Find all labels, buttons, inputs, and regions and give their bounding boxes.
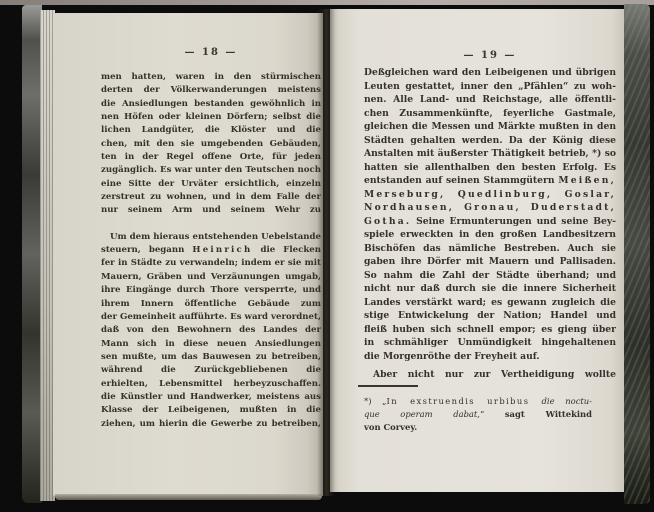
text-line: erhielten, Lebensmittel herbeyzuschaffen… [101,378,321,391]
text-segment: der Gemeinheit aufführte. Es ward verord… [101,312,321,322]
text-segment: Um dem hieraus entstehenden Uebelstande … [101,232,321,244]
text-segment: entstanden auf seinen Stammgütern [364,175,558,186]
text-segment: in schmähliger Unmündigkeit hingehaltene… [364,337,616,350]
text-segment: ten in der Regel offene Orte, für jeden … [101,152,321,164]
text-line: ihrem Innern öffentliche Gebäude zum Die… [101,298,321,311]
text-segment: Gotha. [364,216,411,227]
text-line: Um dem hieraus entstehenden Uebelstande … [101,231,321,244]
text-line: Anstalten mit äußerster Thätigkeit betri… [364,147,616,161]
text-segment: Merseburg, Quedlinburg, Goslar, [364,189,616,200]
text-segment: Aber nicht nur zur Vertheidigung wollte [373,369,616,380]
text-segment: ziehen, um hierin die Gewerbe zu betreib… [101,419,321,429]
text-segment: die Künstler und Handwerker, meistens au… [101,392,321,404]
text-line: sen mußte, um das Bauwesen zu betreiben, [101,351,321,364]
text-segment: zerstreut zu wohnen, und in dem Falle de… [101,192,321,204]
text-segment: spiele erweckten in den großen Landbesit… [364,229,616,242]
book-gutter-shadow [317,9,335,496]
text-segment: ihre Eingänge durch Thore versperrte, un… [101,285,321,297]
text-segment: Nordhausen, Gronau, Duderstadt, [364,202,616,213]
text-segment: Leuten gestattet, inner den „Pfählen“ zu… [364,81,616,92]
text-line: während die Zurückgebliebenen die Verbin… [101,364,321,377]
book-cover-left-edge [22,5,42,503]
text-line: ten in der Regel offene Orte, für jeden … [101,151,321,164]
text-line: Gotha. Seine Ermunterungen und seine Bey… [364,215,616,229]
text-line: Landes verstärkt ward; es gewann zugleic… [364,296,616,310]
paragraph: men hatten, waren in den stürmischen Jah… [101,71,321,218]
text-segment: gleichen die Messen und Märkte mußten in… [364,121,616,132]
text-segment: zugänglich. Es war unter den Teutschen n… [101,165,321,175]
text-segment: die Morgenröthe der Freyheit auf. [364,351,540,362]
text-line: Mann sich in diese neuen Ansiedlungen ni… [101,338,321,351]
text-segment: Heinrich [192,245,252,255]
text-line: Leuten gestattet, inner den „Pfählen“ zu… [364,80,616,94]
text-line: Klasse der Leibeigenen, mußten in die St… [101,404,321,417]
page-number-header-18: — 18 — [101,47,321,59]
text-line: Merseburg, Quedlinburg, Goslar, [364,188,616,202]
text-segment: que operam dabat, [364,409,480,419]
footnote: *) „In exstruendis urbibus die noctu-que… [364,385,592,434]
text-segment: sen mußte, um das Bauwesen zu betreiben, [101,352,321,362]
text-segment: chen Zusammenkünfte, feyerliche Gastmale… [364,108,616,121]
text-segment: Landes verstärkt ward; es gewann zugleic… [364,297,616,310]
paragraph: Um dem hieraus entstehenden Uebelstande … [101,231,321,431]
text-line: nen. Alle Land- und Reichstage, alle öff… [364,93,616,107]
text-segment: ihrem Innern öffentliche Gebäude zum Die… [101,299,321,311]
text-line: fer in Städte zu verwandeln; indem er si… [101,257,321,270]
text-line: nur seinem Arm und seinem Wehr zu vertra… [101,204,321,217]
text-segment: Seine Ermunterungen und seine Bey- [411,216,616,227]
text-segment: nen Höfen oder kleinen Dörfern; selbst d… [101,112,321,124]
text-segment: erhielten, Lebensmittel herbeyzuschaffen… [101,379,321,391]
text-segment: gaben ihre Dörfer mit Mauern und Pallisa… [364,256,616,267]
text-segment: lichen Landgüter, die Klöster und die St… [101,125,321,137]
text-line: zerstreut zu wohnen, und in dem Falle de… [101,191,321,204]
text-segment: nicht nur daß durch sie die innere Siche… [364,283,616,296]
text-line: von Corvey. [364,421,592,434]
text-line: ziehen, um hierin die Gewerbe zu betreib… [101,418,321,431]
text-line: spiele erweckten in den großen Landbesit… [364,228,616,242]
text-segment: So nahm die Zahl der Städte überhand; un… [364,270,616,281]
text-segment: chen, mit den sie umgebenden Gebäuden, b… [101,139,321,151]
left-page-bottom-edge [55,494,322,500]
text-line: So nahm die Zahl der Städte überhand; un… [364,269,616,283]
text-segment: Deßgleichen ward den Leibeigenen und übr… [364,67,616,78]
text-segment: “ [480,409,505,419]
text-line: men hatten, waren in den stürmischen Jah… [101,71,321,84]
text-segment: fer in Städte zu verwandeln; indem er si… [101,258,321,268]
text-segment: Meißen, [558,175,616,186]
text-segment: Mann sich in diese neuen Ansiedlungen ni… [101,339,321,351]
paragraph: Deßgleichen ward den Leibeigenen und übr… [364,66,616,363]
text-segment: Bischöfen das nämliche Bestreben. Auch s… [364,243,616,256]
text-line: derten der Völkerwanderungen meistens ve… [101,84,321,97]
text-line: eine Sitte der Urväter ersichtlich, einz… [101,178,321,191]
text-segment: Mauern, Gräben und Verzäunungen umgab, [101,272,321,282]
text-line: die Ansiedlungen bestanden gewöhnlich in… [101,98,321,111]
text-segment: steuern, begann [101,245,192,255]
text-segment: daß von den Bewohnern des Landes der neu… [101,325,321,337]
text-segment: während die Zurückgebliebenen die Verbin… [101,365,321,377]
text-line: daß von den Bewohnern des Landes der neu… [101,324,321,337]
text-segment: nen. Alle Land- und Reichstage, alle öff… [364,94,616,105]
text-line: ihre Eingänge durch Thore versperrte, un… [101,284,321,297]
text-segment: derten der Völkerwanderungen meistens ve… [101,85,321,97]
text-segment: hatten sie allenthalben den besten Erfol… [364,162,616,173]
text-line: *) „In exstruendis urbibus die noctu- [364,395,592,408]
text-segment: die Ansiedlungen bestanden gewöhnlich in… [101,99,321,111]
left-page-text-column: — 18 — men hatten, waren in den stürmisc… [101,47,321,431]
text-segment: von Corvey. [364,422,417,432]
text-line: in schmähliger Unmündigkeit hingehaltene… [364,336,616,350]
text-segment: Anstalten mit äußerster Thätigkeit betri… [364,148,616,159]
text-line: zugänglich. Es war unter den Teutschen n… [101,164,321,177]
text-line: Aber nicht nur zur Vertheidigung wollte [364,368,616,382]
footnote-rule [358,385,418,387]
text-line: hatten sie allenthalben den besten Erfol… [364,161,616,175]
book-cover-right-marbled [624,4,650,504]
text-segment: nur seinem Arm und seinem Wehr zu vertra… [101,205,321,217]
book-scan: — 18 — men hatten, waren in den stürmisc… [0,0,654,512]
text-line: chen Zusammenkünfte, feyerliche Gastmale… [364,107,616,121]
text-segment: Städten gehalten werden. Da der König di… [364,135,616,146]
text-segment: sagt Wittekind [505,409,592,419]
text-line: Städten gehalten werden. Da der König di… [364,134,616,148]
text-line: gaben ihre Dörfer mit Mauern und Pallisa… [364,255,616,269]
text-line: gleichen die Messen und Märkte mußten in… [364,120,616,134]
text-line: nen Höfen oder kleinen Dörfern; selbst d… [101,111,321,124]
text-line: die Künstler und Handwerker, meistens au… [101,391,321,404]
text-line: entstanden auf seinen Stammgütern Meißen… [364,174,616,188]
text-line: steuern, begann Heinrich die Flecken und… [101,244,321,257]
text-segment: *) „ [364,396,387,406]
text-line: Nordhausen, Gronau, Duderstadt, [364,201,616,215]
text-line: que operam dabat,“ sagt Wittekind [364,408,592,421]
text-line: lichen Landgüter, die Klöster und die St… [101,124,321,137]
footnote-text: *) „In exstruendis urbibus die noctu-que… [364,395,592,434]
text-line: die Morgenröthe der Freyheit auf. [364,350,616,364]
text-segment: eine Sitte der Urväter ersichtlich, einz… [101,179,321,191]
text-line: stige Entwickelung der Nation; Handel un… [364,309,616,323]
text-segment: Klasse der Leibeigenen, mußten in die St… [101,405,321,417]
text-line: Mauern, Gräben und Verzäunungen umgab, [101,271,321,284]
text-line: chen, mit den sie umgebenden Gebäuden, b… [101,138,321,151]
text-segment: In exstruendis urbibus [387,396,542,406]
text-segment: die noctu- [542,396,592,406]
page-number-header-19: — 19 — [364,50,616,62]
paragraph: Aber nicht nur zur Vertheidigung wollte [364,368,616,382]
text-line: der Gemeinheit aufführte. Es ward verord… [101,311,321,324]
text-segment: fleiß huben sich schnell empor; es gieng… [364,324,616,337]
text-line: nicht nur daß durch sie die innere Siche… [364,282,616,296]
text-line: fleiß huben sich schnell empor; es gieng… [364,323,616,337]
text-segment: men hatten, waren in den stürmischen Jah… [101,72,321,84]
text-line: Deßgleichen ward den Leibeigenen und übr… [364,66,616,80]
text-line: Bischöfen das nämliche Bestreben. Auch s… [364,242,616,256]
right-page-text-column: — 19 — Deßgleichen ward den Leibeigenen … [364,50,616,434]
scanner-background-strip [0,0,654,5]
text-segment: stige Entwickelung der Nation; Handel un… [364,310,616,323]
